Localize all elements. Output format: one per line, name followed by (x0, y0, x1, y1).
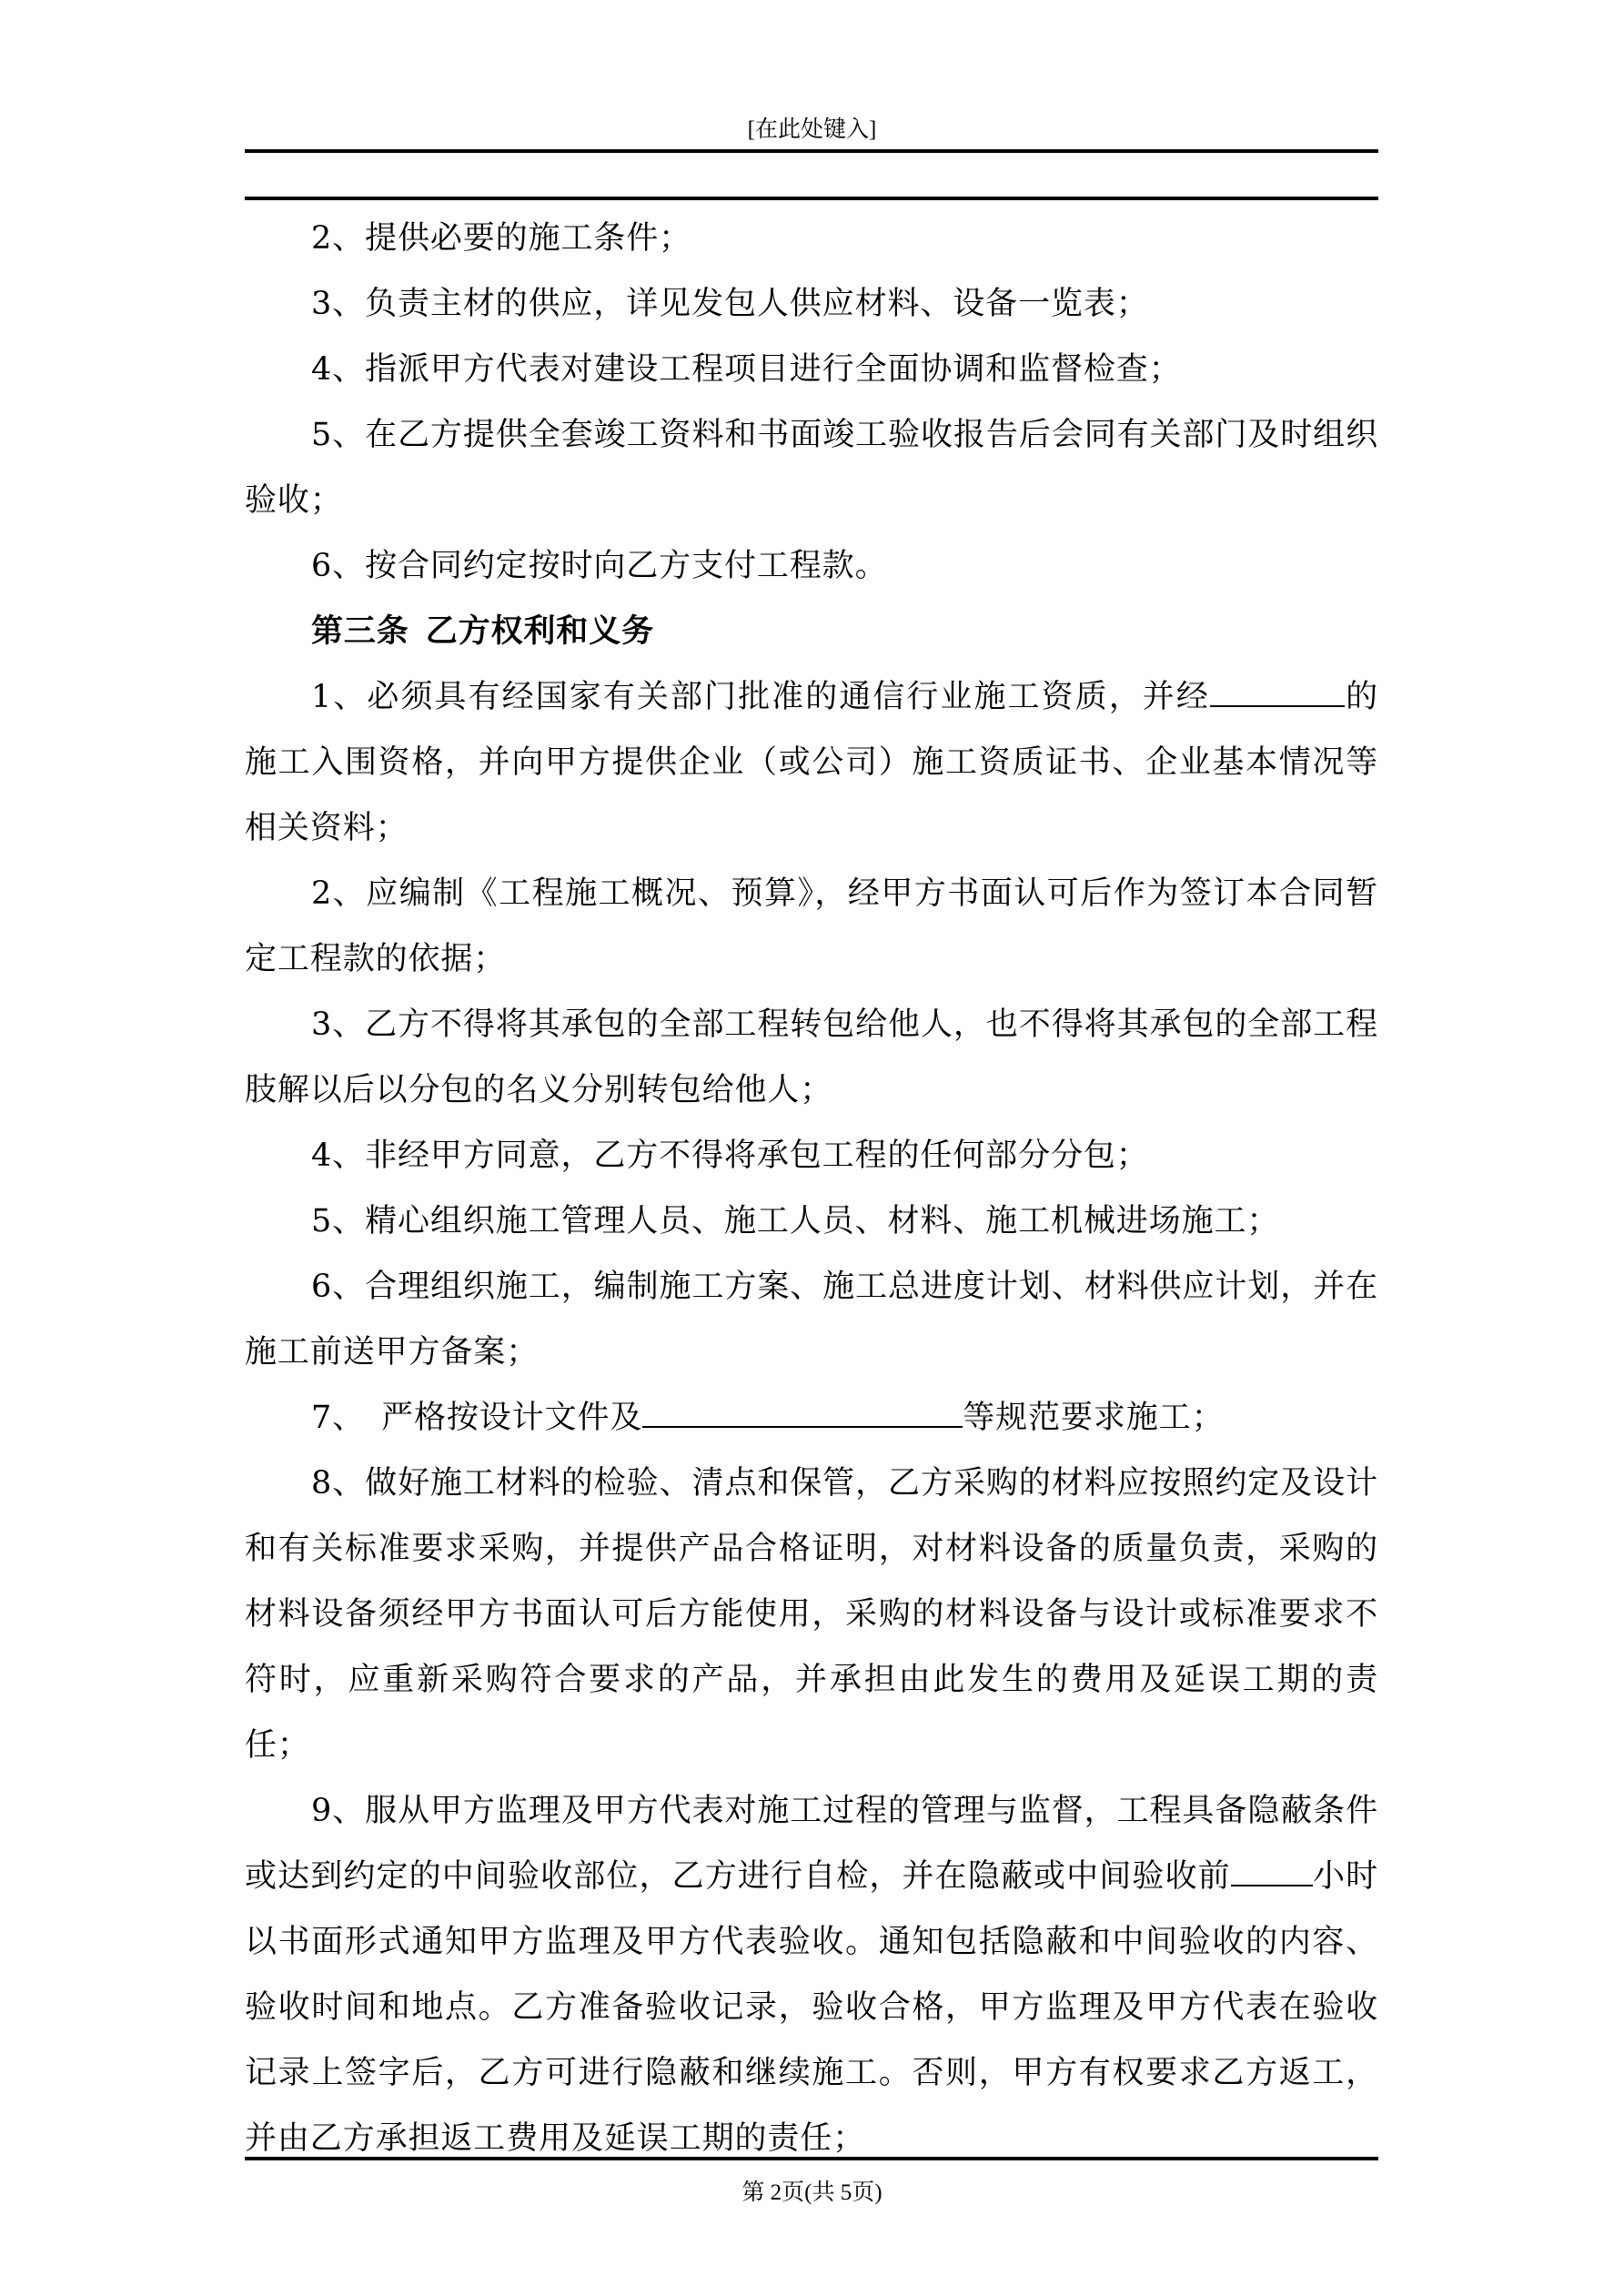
party-a-item-4: 4、指派甲方代表对建设工程项目进行全面协调和监督检查； (245, 337, 1378, 402)
item-text: 严格按设计文件及 (381, 1400, 642, 1436)
document-page: [在此处键入] 2、提供必要的施工条件； 3、负责主材的供应，详见发包人供应材料… (0, 0, 1624, 2296)
header-rule (245, 149, 1378, 153)
party-b-item-1: 1、必须具有经国家有关部门批准的通信行业施工资质，并经的施工入围资格，并向甲方提… (245, 664, 1378, 861)
item-text: 小时以书面形式通知甲方监理及甲方代表验收。通知包括隐蔽和中间验收的内容、验收时间… (245, 1858, 1378, 2157)
party-a-item-3: 3、负责主材的供应，详见发包人供应材料、设备一览表； (245, 271, 1378, 337)
party-a-item-2: 2、提供必要的施工条件； (245, 206, 1378, 271)
page-number: 第 2页(共 5页) (0, 2180, 1624, 2207)
party-b-item-7: 7、严格按设计文件及等规范要求施工； (245, 1385, 1378, 1451)
body-top-rule (245, 197, 1378, 200)
item-text: 9、服从甲方监理及甲方代表对施工过程的管理与监督，工程具备隐蔽条件或达到约定的中… (245, 1793, 1378, 1895)
section-number: 第三条 (311, 613, 409, 650)
party-a-item-6: 6、按合同约定按时向乙方支付工程款。 (245, 533, 1378, 599)
party-a-item-5: 5、在乙方提供全套竣工资料和书面竣工验收报告后会同有关部门及时组织验收； (245, 402, 1378, 533)
item-text: 等规范要求施工； (963, 1400, 1224, 1436)
party-b-item-3: 3、乙方不得将其承包的全部工程转包给他人，也不得将其承包的全部工程肢解以后以分包… (245, 992, 1378, 1123)
party-b-item-8: 8、做好施工材料的检验、清点和保管，乙方采购的材料应按照约定及设计和有关标准要求… (245, 1451, 1378, 1778)
fill-in-blank[interactable] (642, 1397, 963, 1428)
section-title: 乙方权利和义务 (426, 613, 654, 650)
section-heading: 第三条乙方权利和义务 (245, 599, 1378, 664)
party-b-item-2: 2、应编制《工程施工概况、预算》，经甲方书面认可后作为签订本合同暂定工程款的依据… (245, 861, 1378, 992)
document-body: 2、提供必要的施工条件； 3、负责主材的供应，详见发包人供应材料、设备一览表； … (245, 206, 1378, 2171)
party-b-item-5: 5、精心组织施工管理人员、施工人员、材料、施工机械进场施工； (245, 1188, 1378, 1254)
footer-rule (245, 2157, 1378, 2160)
party-b-item-4: 4、非经甲方同意，乙方不得将承包工程的任何部分分包； (245, 1123, 1378, 1188)
party-b-item-9: 9、服从甲方监理及甲方代表对施工过程的管理与监督，工程具备隐蔽条件或达到约定的中… (245, 1778, 1378, 2171)
fill-in-blank[interactable] (1231, 1856, 1313, 1886)
item-number: 7、 (311, 1400, 365, 1436)
item-text: 1、必须具有经国家有关部门批准的通信行业施工资质，并经 (311, 679, 1210, 715)
page-header: [在此处键入] (0, 116, 1624, 144)
party-b-item-6: 6、合理组织施工，编制施工方案、施工总进度计划、材料供应计划，并在施工前送甲方备… (245, 1254, 1378, 1385)
fill-in-blank[interactable] (1210, 676, 1345, 707)
